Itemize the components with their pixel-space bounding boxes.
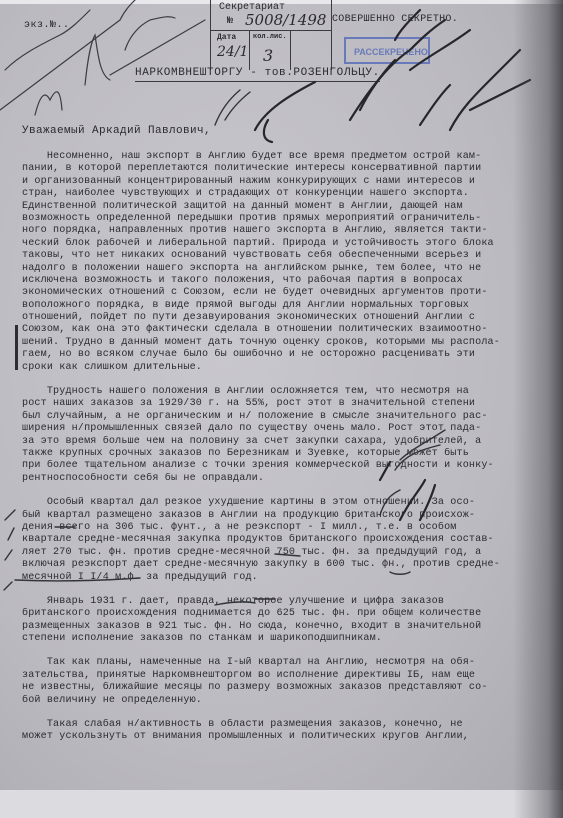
box-divider — [249, 30, 250, 70]
document-page: экз.№.. Секретариат № 5008/1498 Дата кол… — [0, 0, 563, 818]
date-label: Дата — [217, 33, 236, 42]
text-line: бой величину не определенную. — [22, 695, 550, 707]
date-value: 24/1 — [217, 44, 248, 60]
text-line: месячной I I/4 м.ф. за предыдущий год. — [22, 572, 550, 584]
box-divider — [211, 30, 331, 31]
text-line: ного порядка, направленных против нашего… — [22, 225, 550, 237]
text-line: пании, в которой переплетаются политичес… — [22, 163, 550, 175]
letter-paragraph: Так как планы, намеченные на I-ый кварта… — [22, 657, 550, 707]
salutation: Уважаемый Аркадий Павлович, — [22, 125, 211, 137]
text-line: исключена возможность и такого положения… — [22, 275, 550, 287]
text-line: таковы, что нет никаких оснований чувств… — [22, 250, 550, 262]
letter-paragraph: Особый квартал дал резкое ухудшение карт… — [22, 497, 550, 584]
text-line: рост наших заказов за 1929/30 г. на 55%,… — [22, 398, 550, 410]
letter-paragraph: Трудность нашего положения в Англии осло… — [22, 386, 550, 485]
text-line: при более тщательном анализе с точки зре… — [22, 460, 550, 472]
text-line: гаем, но во всяком случае было бы ошибоч… — [22, 349, 550, 361]
declassified-stamp: РАССЕКРЕЧЕНО — [344, 37, 430, 64]
text-line: стран, наиболее чувствующих и страдающих… — [22, 188, 550, 200]
letter-body: Несомненно, наш экспорт в Англию будет в… — [22, 151, 550, 756]
text-line: воположного порядка, в виде прямой выгод… — [22, 300, 550, 312]
text-line: возможность определенной передышки проти… — [22, 213, 550, 225]
margin-mark — [15, 325, 18, 370]
text-line: шений. Трудно в данный момент дать точну… — [22, 337, 550, 349]
text-line: надолго в положении нашего экспорта на а… — [22, 263, 550, 275]
text-line: квартале средне-месячная закупка продукт… — [22, 534, 550, 546]
text-line: сроки как слишком длительные. — [22, 362, 550, 374]
text-line: Так как планы, намеченные на I-ый кварта… — [22, 657, 550, 669]
text-line: Союзом, как она это фактически сделала в… — [22, 324, 550, 336]
classification-mark: СОВЕРШЕННО СЕКРЕТНО. — [332, 14, 458, 25]
registration-box: Секретариат № 5008/1498 Дата кол.лис. 24… — [210, 0, 332, 70]
sheets-value: 3 — [263, 46, 273, 65]
text-line: Особый квартал дал резкое ухудшение карт… — [22, 497, 550, 509]
text-line: ческий блок рабочей и либеральной партий… — [22, 238, 550, 250]
text-line: за это время больше чем на половину за с… — [22, 436, 550, 448]
text-line: рентноспособности себя бы не оправдали. — [22, 473, 550, 485]
text-line: Январь 1931 г. дает, правда, некоторое у… — [22, 596, 550, 608]
text-line: Трудность нашего положения в Англии осло… — [22, 386, 550, 398]
text-line: может ускользнуть от внимания промышленн… — [22, 731, 550, 743]
text-line: размещенных заказов в 921 тыс. фн. Но сю… — [22, 621, 550, 633]
scan-bottom-edge — [0, 790, 563, 818]
letter-paragraph: Такая слабая н/активность в области разм… — [22, 719, 550, 744]
text-line: экономических отношений с Союзом, если н… — [22, 287, 550, 299]
text-line: степени исполнение заказов по станкам и … — [22, 633, 550, 645]
text-line: также крупных срочных заказов по Березни… — [22, 448, 550, 460]
copy-number-label: экз.№.. — [24, 20, 70, 31]
text-line: ширения н/промышленных связей дало по су… — [22, 423, 550, 435]
addressee-line: НАРКОМВНЕШТОРГУ - тов.РОЗЕНГОЛЬЦУ. — [135, 67, 380, 82]
text-line: зательства, принятые Наркомвнешторгом во… — [22, 670, 550, 682]
text-line: был случайным, а не органическим и н/ по… — [22, 411, 550, 423]
text-line: отношений, пойдет по пути дезавуирования… — [22, 312, 550, 324]
text-line: Несомненно, наш экспорт в Англию будет в… — [22, 151, 550, 163]
sheets-label: кол.лис. — [253, 33, 287, 41]
registration-number: 5008/1498 — [245, 11, 326, 29]
text-line: британского происхождения поднимается до… — [22, 608, 550, 620]
text-line: бый квартал размещено заказов в Англии н… — [22, 510, 550, 522]
text-line: ляет 270 тыс. фн. против средне-месячной… — [22, 547, 550, 559]
number-label: № — [227, 16, 233, 27]
text-line: не известны, ближайшие месяцы по размеру… — [22, 682, 550, 694]
text-line: дения всего на 306 тыс. фунт., а не реэк… — [22, 522, 550, 534]
text-line: и организованный концентрированный нажим… — [22, 176, 550, 188]
text-line: Единственной политической защитой на дан… — [22, 201, 550, 213]
letter-paragraph: Январь 1931 г. дает, правда, некоторое у… — [22, 596, 550, 646]
text-line: Такая слабая н/активность в области разм… — [22, 719, 550, 731]
box-divider — [290, 30, 291, 70]
letter-paragraph: Несомненно, наш экспорт в Англию будет в… — [22, 151, 550, 374]
text-line: включая реэкспорт дает средне-месячную з… — [22, 559, 550, 571]
